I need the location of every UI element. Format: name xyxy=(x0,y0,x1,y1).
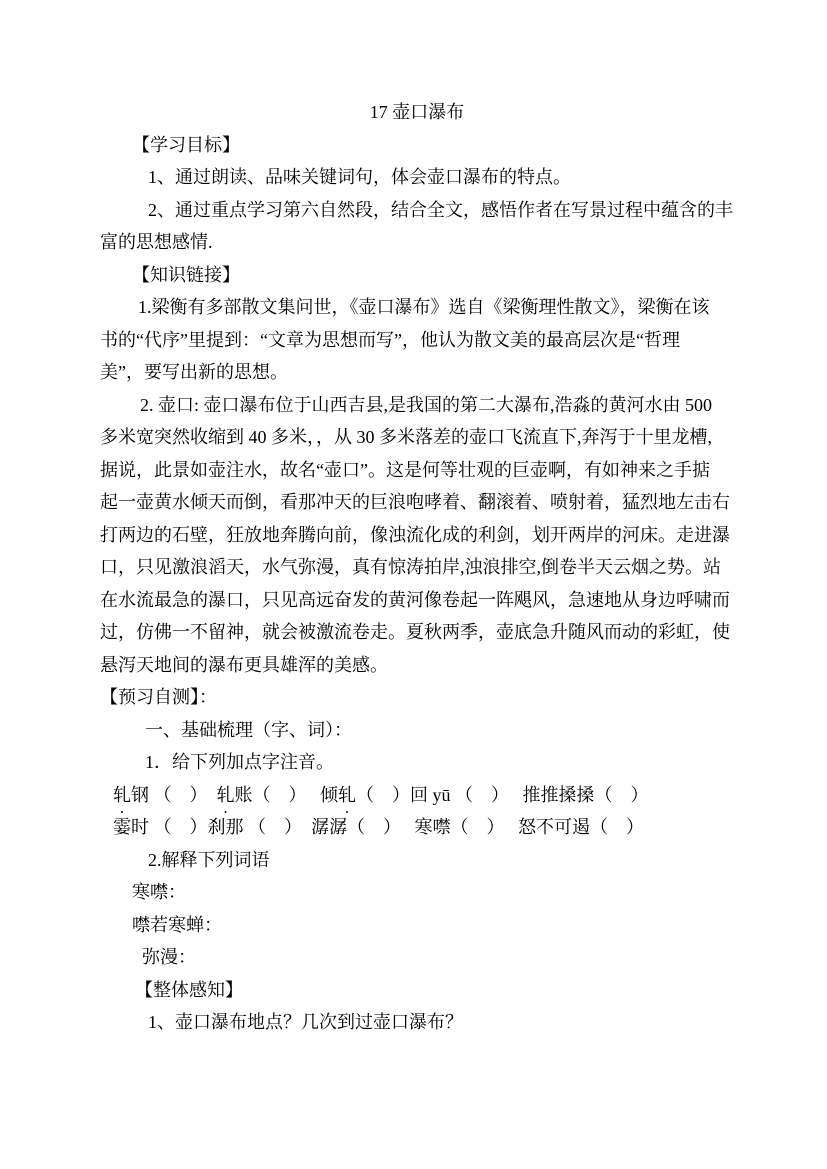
preview-question-1-title: 1．给下列加点字注音。 xyxy=(100,746,734,779)
preview-part-1-title: 一、基础梳理（字、词）： xyxy=(100,714,734,747)
learning-goals-header: 【学习目标】 xyxy=(100,129,734,162)
knowledge-para-2-line-1: 2. 壶口: 壶口瀑布位于山西吉县,是我国的第二大瀑布,浩淼的黄河水由 500 xyxy=(100,389,734,422)
knowledge-para-2-line-5: 打两边的石壁，狂放地奔腾向前，像浊流化成的利剑，划开两岸的河床。走进瀑 xyxy=(100,519,734,552)
overall-understanding-header: 【整体感知】 xyxy=(100,974,734,1007)
preview-self-test-header: 【预习自测】： xyxy=(100,681,734,714)
knowledge-para-2-line-8: 过，仿佛一不留神，就会被激流卷走。夏秋两季，壶底急升随风而动的彩虹，使 xyxy=(100,616,734,649)
knowledge-para-2-line-7: 在水流最急的瀑口，只见高远奋发的黄河像卷起一阵飓风，急速地从身边呼啸而 xyxy=(100,584,734,617)
knowledge-para-2-line-9: 悬泻天地间的瀑布更具雄浑的美感。 xyxy=(100,649,734,682)
learning-goal-item-2-line-2: 富的思想感情. xyxy=(100,226,734,259)
learning-goal-item-1: 1、通过朗读、品味关键词句，体会壶口瀑布的特点。 xyxy=(100,161,734,194)
lesson-title: 17 壶口瀑布 xyxy=(100,96,734,129)
define-term-3: 弥漫： xyxy=(100,941,734,974)
preview-question-2-title: 2.解释下列词语 xyxy=(100,844,734,877)
worksheet-content: 17 壶口瀑布 【学习目标】 1、通过朗读、品味关键词句，体会壶口瀑布的特点。 … xyxy=(100,96,734,1039)
define-term-2: 噤若寒蝉： xyxy=(100,909,734,942)
pinyin-exercise-row-1: 轧钢 （ ） 轧账（ ） 倾轧（ ）回 yū （ ） 推推搡搡（ ） xyxy=(100,779,734,812)
knowledge-para-1-line-2: 书的“代序”里提到：“文章为思想而写”，他认为散文美的最高层次是“哲理 xyxy=(100,324,734,357)
knowledge-para-1-line-1: 1.梁衡有多部散文集问世，《壶口瀑布》选自《梁衡理性散文》，梁衡在该 xyxy=(100,291,734,324)
knowledge-para-2-line-3: 据说，此景如壶注水，故名“壶口”。这是何等壮观的巨壶啊，有如神来之手掂 xyxy=(100,454,734,487)
define-term-1: 寒噤： xyxy=(100,876,734,909)
knowledge-para-2-line-6: 口，只见激浪滔天，水气弥漫，真有惊涛拍岸,浊浪排空,倒卷半天云烟之势。站 xyxy=(100,551,734,584)
knowledge-para-2-line-2: 多米宽突然收缩到 40 多米，，从 30 多米落差的壶口飞流直下,奔泻于十里龙槽… xyxy=(100,421,734,454)
knowledge-links-header: 【知识链接】 xyxy=(100,259,734,292)
knowledge-para-2-line-4: 起一壶黄水倾天而倒，看那冲天的巨浪咆哮着、翻滚着、喷射着，猛烈地左击右 xyxy=(100,486,734,519)
knowledge-para-1-line-3: 美”，要写出新的思想。 xyxy=(100,356,734,389)
learning-goal-item-2-line-1: 2、通过重点学习第六自然段，结合全文，感悟作者在写景过程中蕴含的丰 xyxy=(100,194,734,227)
worksheet-page: 17 壶口瀑布 【学习目标】 1、通过朗读、品味关键词句，体会壶口瀑布的特点。 … xyxy=(0,0,827,1169)
overall-understanding-question-1: 1、壶口瀑布地点？几次到过壶口瀑布？ xyxy=(100,1006,734,1039)
pinyin-exercise-row-2: 霎时 （ ）刹那 （ ） 潺潺（ ） 寒噤（ ） 怒不可遏（ ） xyxy=(100,811,734,844)
